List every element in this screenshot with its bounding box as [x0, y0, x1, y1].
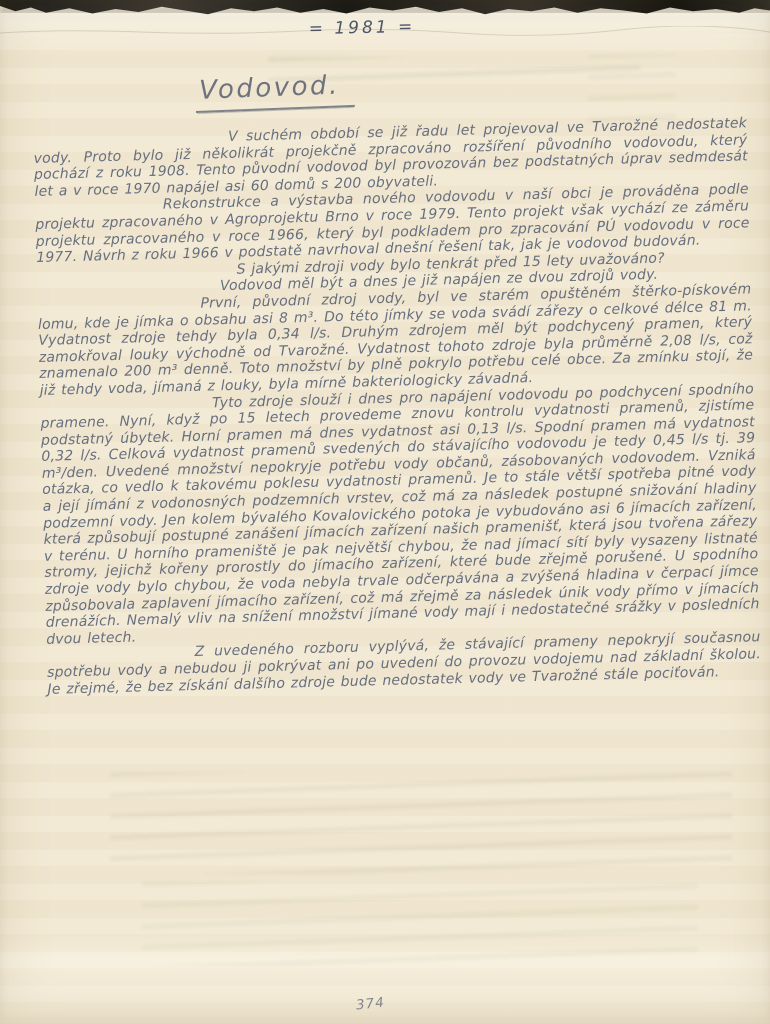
page-title: Vodovod. [195, 70, 355, 113]
paragraph: První, původní zdroj vody, byl ve starém… [37, 281, 753, 399]
scanned-chronicle-page: = 1981 = Vodovod. V suchém období se již… [0, 0, 770, 1024]
torn-paper-edge [0, 0, 770, 15]
show-through-ghost [142, 882, 698, 966]
page-number: 374 [355, 995, 385, 1014]
year-header: = 1981 = [282, 16, 442, 39]
show-through-ghost [110, 772, 732, 874]
paragraph: Tyto zdroje slouží i dnes pro napájení v… [40, 381, 760, 649]
handwritten-body: V suchém období se již řadu let projevov… [33, 115, 762, 698]
